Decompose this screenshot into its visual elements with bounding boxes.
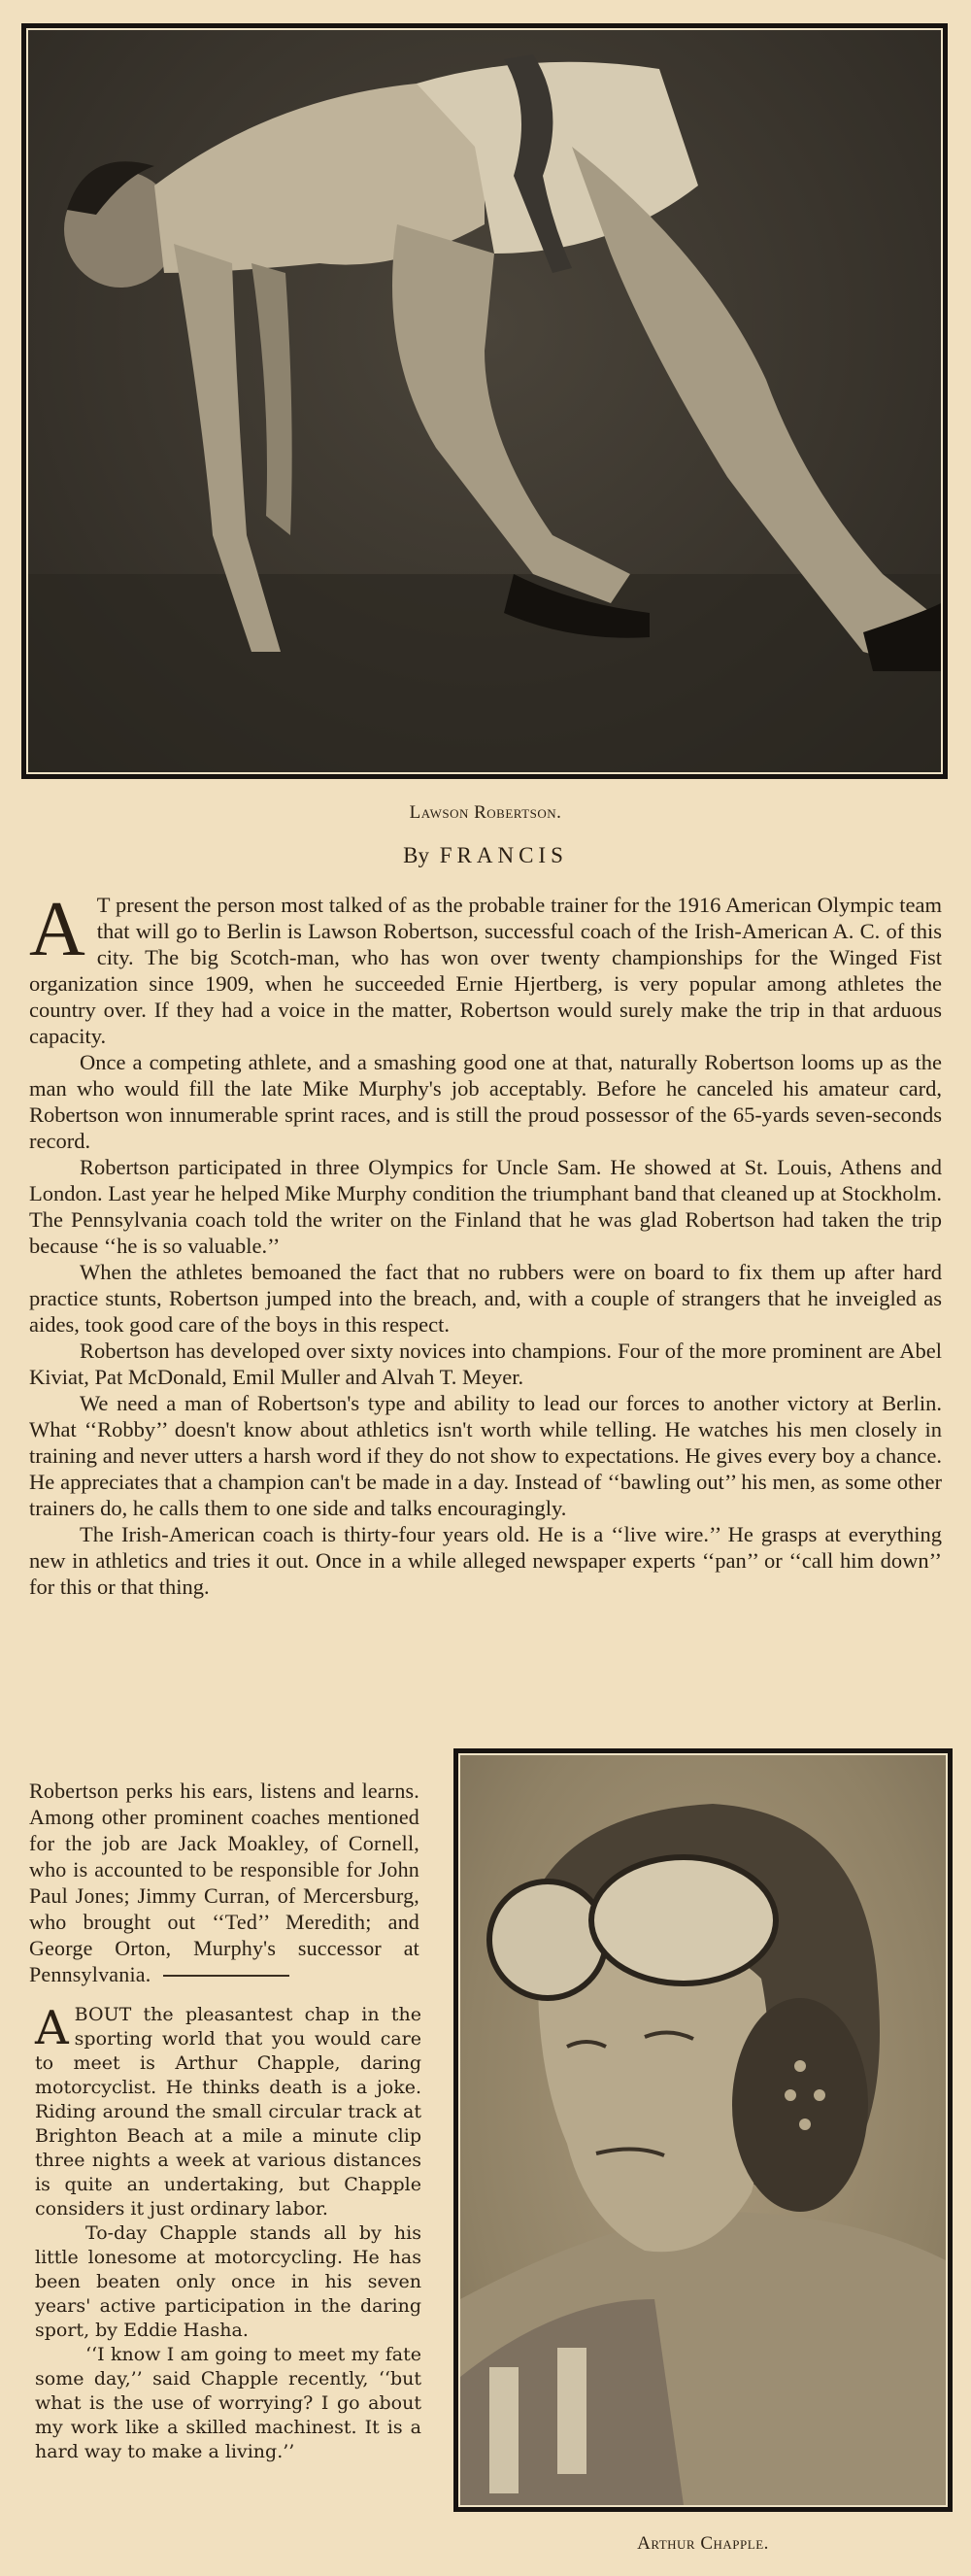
article-paragraph: Robertson has developed over sixty novic…: [29, 1338, 942, 1390]
article-paragraph: To-day Chapple stands all by his little …: [35, 2221, 421, 2343]
article-paragraph: When the athletes bemoaned the fact that…: [29, 1259, 942, 1338]
article-paragraph: ‘‘I know I am going to meet my fate some…: [35, 2343, 421, 2464]
byline: By FRANCIS: [0, 843, 971, 868]
drop-cap: A: [29, 898, 85, 962]
photo-caption: Lawson Robertson.: [0, 802, 971, 824]
photo-lawson-robertson: [21, 23, 948, 779]
article-paragraph: AT present the person most talked of as …: [29, 892, 942, 1049]
article-paragraph: We need a man of Robertson's type and ab…: [29, 1390, 942, 1521]
article-paragraph: Once a competing athlete, and a smashing…: [29, 1049, 942, 1154]
photo-image: [26, 28, 943, 774]
article-paragraph: ABOUT the pleasantest chap in the sporti…: [35, 2003, 421, 2221]
byline-author: FRANCIS: [440, 843, 568, 867]
drop-cap: A: [35, 2009, 69, 2048]
photo-image: [458, 1753, 948, 2507]
byline-prefix: By: [403, 843, 429, 867]
photo-arthur-chapple: [453, 1748, 953, 2512]
photo-caption: Arthur Chapple.: [453, 2533, 953, 2555]
article-chapple: ABOUT the pleasantest chap in the sporti…: [35, 2003, 421, 2464]
article-paragraph: The Irish-American coach is thirty-four …: [29, 1521, 942, 1600]
article-robertson-continued: Robertson perks his ears, listens and le…: [29, 1778, 419, 1987]
article-paragraph: Robertson perks his ears, listens and le…: [29, 1778, 419, 1987]
article-robertson: AT present the person most talked of as …: [29, 892, 942, 1600]
motorcyclist-portrait: [460, 1755, 946, 2505]
article-paragraph: Robertson participated in three Olympics…: [29, 1154, 942, 1259]
sprinter-illustration: [28, 30, 941, 772]
section-divider: [163, 1975, 289, 1977]
